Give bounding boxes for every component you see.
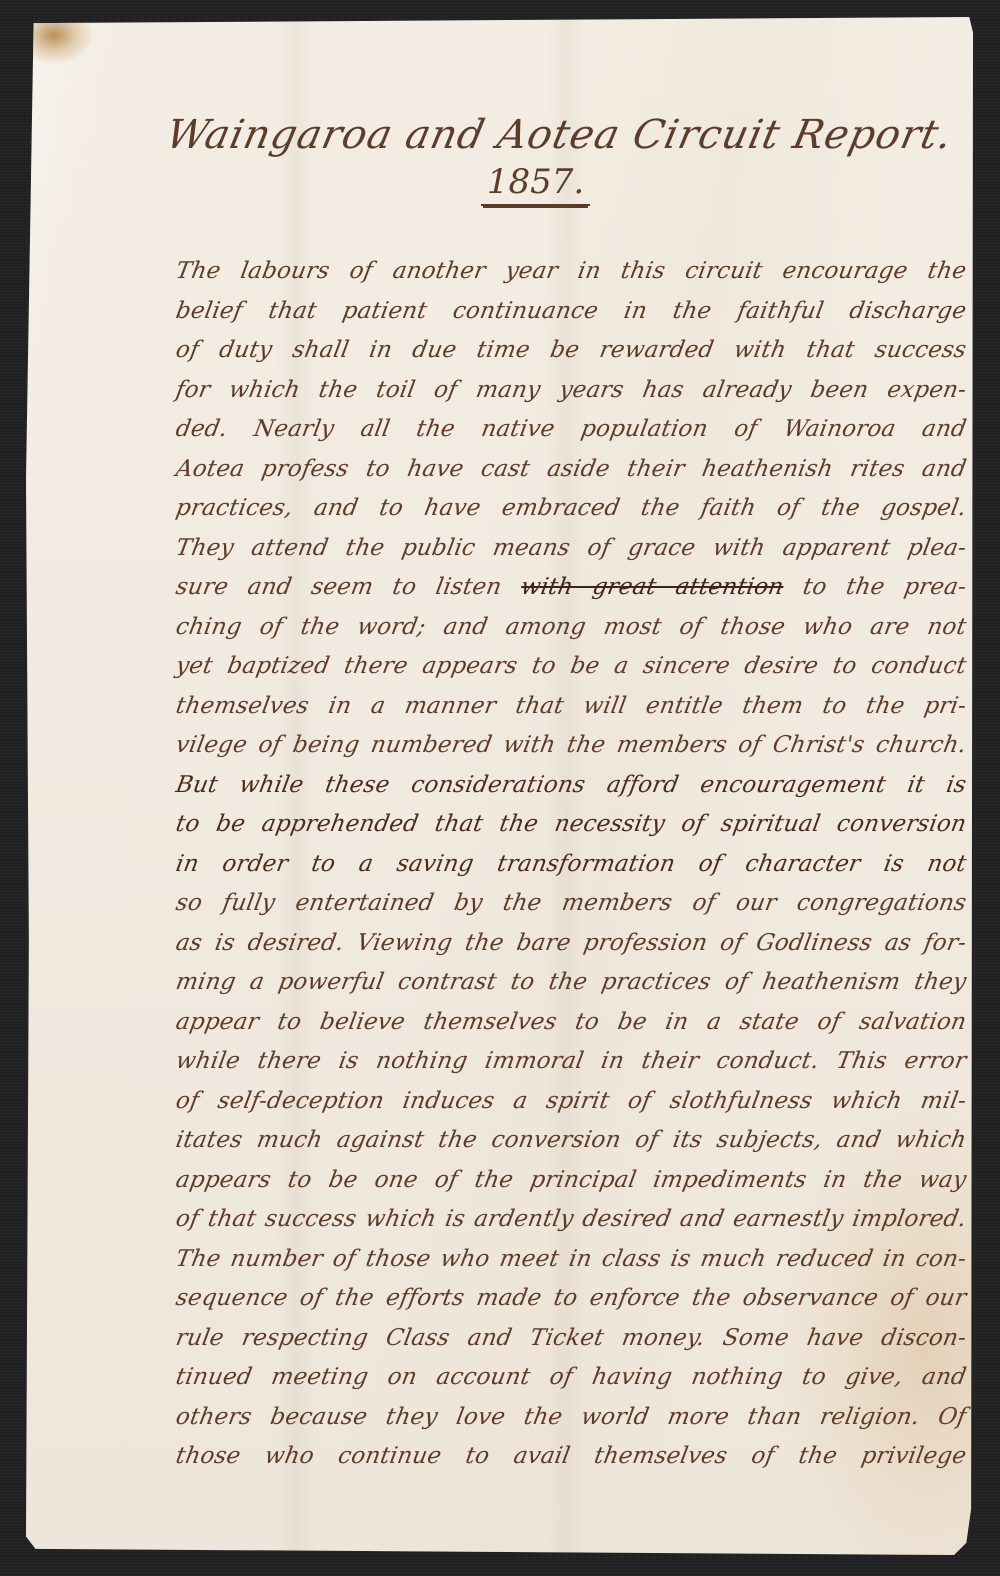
text-line: itates much against the conversion of it… xyxy=(173,1121,970,1161)
text-line: of that success which is ardently desire… xyxy=(173,1200,970,1240)
struck-through-text: with great attention xyxy=(519,574,786,600)
text-line: while there is nothing immoral in their … xyxy=(173,1042,970,1082)
text-line: ded. Nearly all the native population of… xyxy=(173,410,970,450)
text-line: as is desired. Viewing the bare professi… xyxy=(173,924,970,964)
text-line: ching of the word; and among most of tho… xyxy=(173,608,970,648)
report-year: 1857. xyxy=(481,162,590,206)
text-line: of duty shall in due time be rewarded wi… xyxy=(173,331,970,371)
report-title: Waingaroa and Aotea Circuit Report. xyxy=(162,112,957,158)
text-line: ming a powerful contrast to the practice… xyxy=(173,963,970,1003)
text-line: yet baptized there appears to be a since… xyxy=(173,647,970,687)
text-line: practices, and to have embraced the fait… xyxy=(173,489,970,529)
text-segment: to the prea- xyxy=(801,574,969,600)
text-line: vilege of being numbered with the member… xyxy=(173,726,970,766)
text-line: rule respecting Class and Ticket money. … xyxy=(173,1319,970,1359)
text-line: appear to believe themselves to be in a … xyxy=(173,1003,970,1043)
text-line: in order to a saving transformation of c… xyxy=(173,845,970,885)
text-line: those who continue to avail themselves o… xyxy=(173,1437,970,1477)
text-line: of self-deception induces a spirit of sl… xyxy=(173,1082,970,1122)
text-line: tinued meeting on account of having noth… xyxy=(173,1358,970,1398)
text-line: They attend the public means of grace wi… xyxy=(173,529,970,569)
text-line: The number of those who meet in class is… xyxy=(173,1240,970,1280)
text-line-with-strikethrough: sure and seem to listen with great atten… xyxy=(173,568,970,608)
text-line: belief that patient continuance in the f… xyxy=(173,292,970,332)
manuscript-page: Waingaroa and Aotea Circuit Report. 1857… xyxy=(26,17,973,1555)
text-line: The labours of another year in this circ… xyxy=(173,252,970,292)
text-line: Aotea profess to have cast aside their h… xyxy=(173,450,970,490)
report-body: The labours of another year in this circ… xyxy=(176,252,966,1477)
text-line: themselves in a manner that will entitle… xyxy=(173,687,970,727)
text-line: sequence of the efforts made to enforce … xyxy=(173,1279,970,1319)
text-line: appears to be one of the principal imped… xyxy=(173,1161,970,1201)
text-line: But while these considerations afford en… xyxy=(173,766,970,806)
text-segment: sure and seem to listen xyxy=(174,574,504,600)
text-line: to be apprehended that the necessity of … xyxy=(173,805,970,845)
text-line: others because they love the world more … xyxy=(173,1398,970,1438)
report-heading: Waingaroa and Aotea Circuit Report. 1857… xyxy=(26,112,973,206)
text-line: so fully entertained by the members of o… xyxy=(173,884,970,924)
text-line: for which the toil of many years has alr… xyxy=(173,371,970,411)
